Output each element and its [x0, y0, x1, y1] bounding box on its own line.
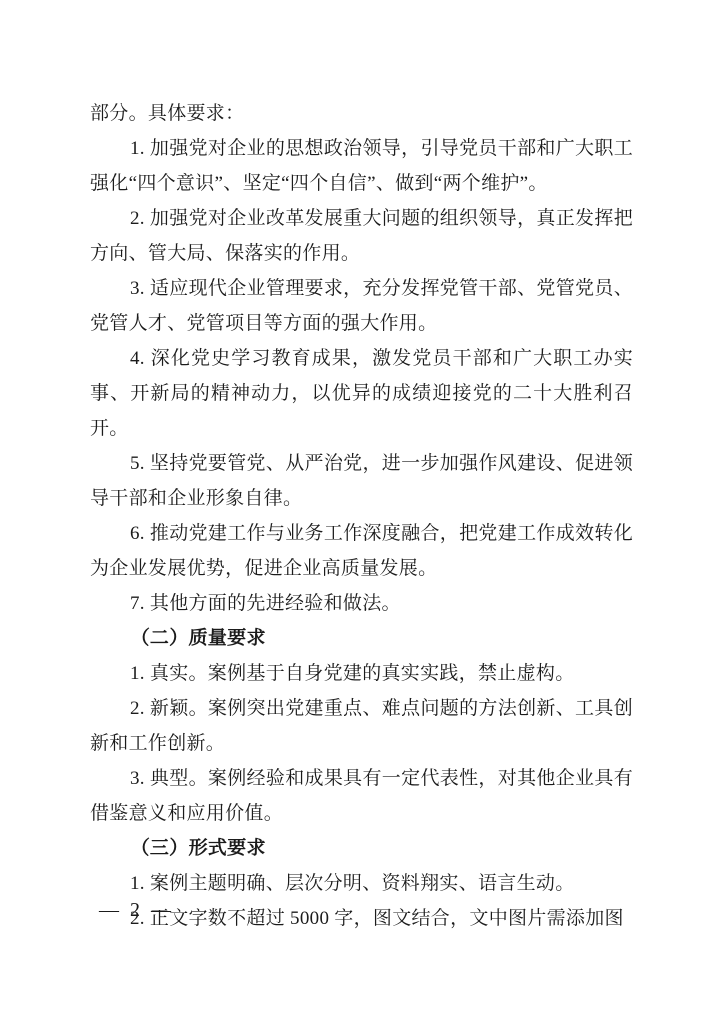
paragraph-content-item-6: 6. 推动党建工作与业务工作深度融合，把党建工作成效转化为企业发展优势，促进企业… — [90, 516, 633, 586]
paragraph-quality-item-3: 3. 典型。案例经验和成果具有一定代表性，对其他企业具有借鉴意义和应用价值。 — [90, 761, 633, 831]
paragraph-content-item-3: 3. 适应现代企业管理要求，充分发挥党管干部、党管党员、党管人才、党管项目等方面… — [90, 271, 633, 341]
document-page: 部分。具体要求： 1. 加强党对企业的思想政治领导，引导党员干部和广大职工强化“… — [0, 0, 723, 1024]
paragraph-quality-item-2: 2. 新颖。案例突出党建重点、难点问题的方法创新、工具创新和工作创新。 — [90, 691, 633, 761]
page-number: — 2 — — [99, 893, 174, 928]
document-body: 部分。具体要求： 1. 加强党对企业的思想政治领导，引导党员干部和广大职工强化“… — [90, 96, 633, 936]
section-heading-format: （三）形式要求 — [90, 831, 634, 866]
paragraph-content-item-2: 2. 加强党对企业改革发展重大问题的组织领导，真正发挥把方向、管大局、保落实的作… — [90, 201, 633, 271]
section-heading-quality: （二）质量要求 — [90, 621, 634, 656]
paragraph-quality-item-1: 1. 真实。案例基于自身党建的真实实践，禁止虚构。 — [90, 656, 633, 691]
paragraph-intro-continuation: 部分。具体要求： — [90, 96, 633, 131]
paragraph-content-item-4: 4. 深化党史学习教育成果，激发党员干部和广大职工办实事、开新局的精神动力，以优… — [90, 341, 633, 446]
paragraph-content-item-1: 1. 加强党对企业的思想政治领导，引导党员干部和广大职工强化“四个意识”、坚定“… — [90, 131, 633, 201]
paragraph-content-item-5: 5. 坚持党要管党、从严治党，进一步加强作风建设、促进领导干部和企业形象自律。 — [90, 446, 633, 516]
paragraph-content-item-7: 7. 其他方面的先进经验和做法。 — [90, 586, 633, 621]
